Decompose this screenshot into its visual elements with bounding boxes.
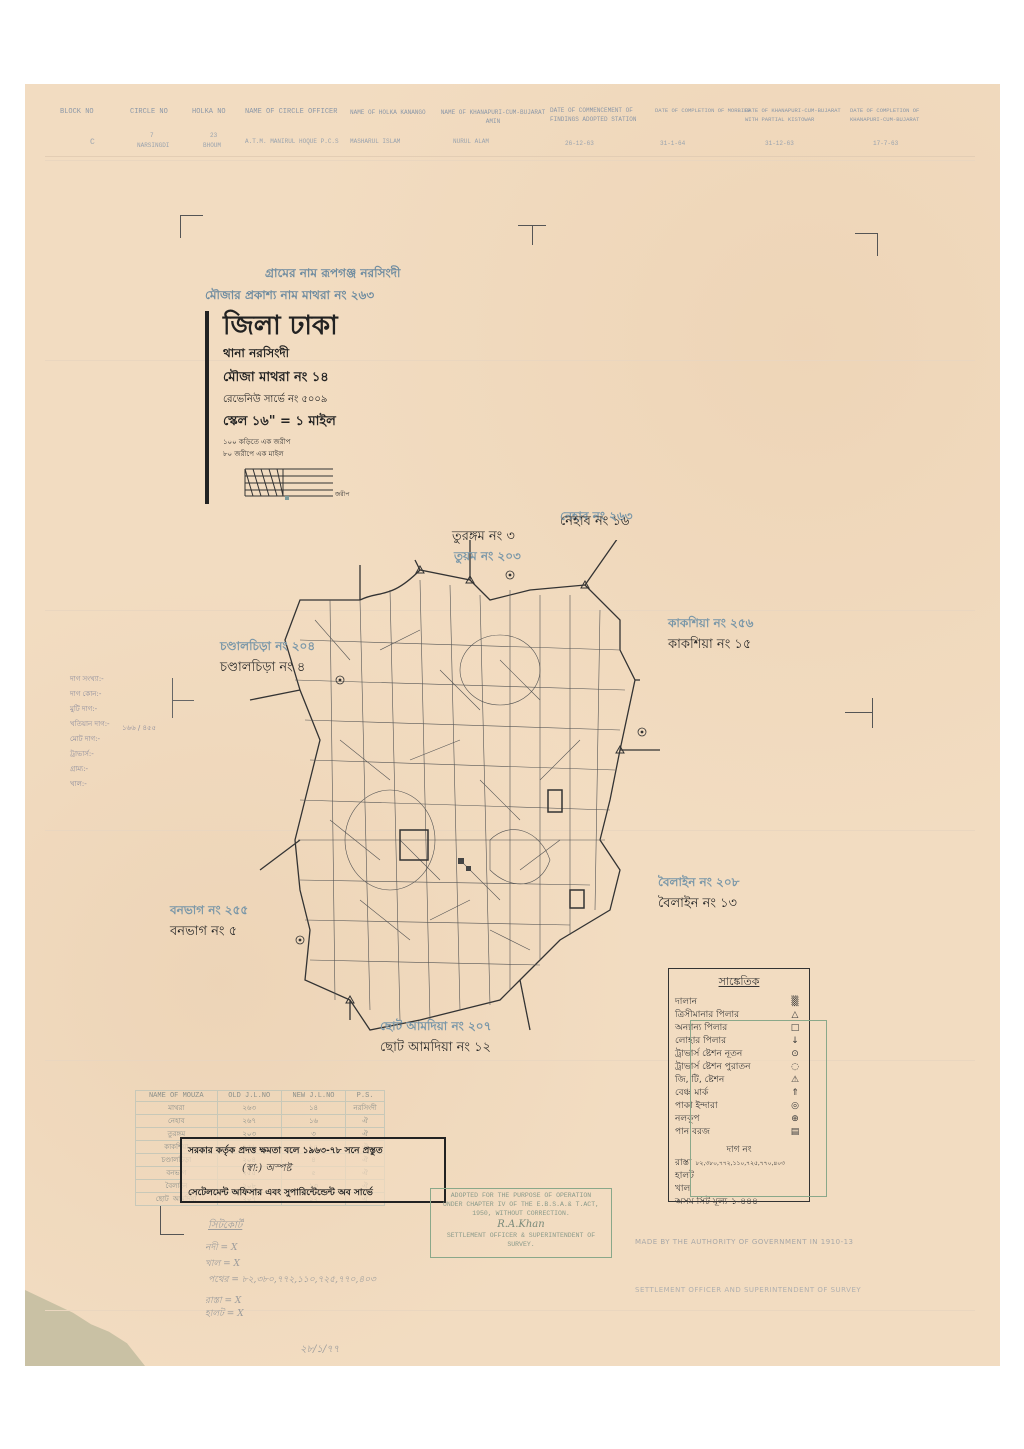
scale-note-2: ৮০ জরীপে এক মাইল [223,448,505,460]
header-circle-no-value: 7 [150,132,154,139]
rule-line [45,360,975,361]
col-header: NEW J.L.NO [281,1091,345,1102]
boundary-label-east: কাকশিয়া নং ২৫৬ কাকশিয়া নং ১৫ [668,615,753,656]
adopted-line: ADOPTED FOR THE PURPOSE OF OPERATION [431,1191,611,1200]
table-row: মাথরা২৬৩১৪নরসিংদী [136,1102,385,1115]
boundary-label-north-east: নেহাব নং ২৬৩ নেহাব নং ১৬ [560,508,633,533]
corner-mark-top-left [180,215,203,238]
pencil-note: খাল = X [205,1256,240,1271]
header-kistowar-value: 31-12-63 [765,140,794,147]
pencil-signature-date: ২৮/১/৭৭ [300,1342,339,1359]
adopted-line: SURVEY. [431,1240,611,1249]
side-note: ট্রাভার্স:- [70,747,110,762]
mouza-label: মৌজা মাথরা নং ১৪ [223,368,505,389]
header-holka-no-value: 23 [210,132,217,139]
corner-mark-bottom-left-h [160,1234,184,1235]
adopted-line: SETTLEMENT OFFICER & SUPERINTENDENT OF [431,1231,611,1240]
side-fraction: ১৬৬ / ৪৫৫ [122,722,156,734]
north-arrow-line [172,678,173,718]
side-note: মোট দাগ:- [70,732,110,747]
pencil-heading: সিটকোর্ট [208,1218,242,1235]
header-circle-officer-label: NAME OF CIRCLE OFFICER [245,108,337,117]
header-block-no-label: BLOCK NO [60,108,94,117]
adopted-signature: R.A.Khan [431,1218,611,1231]
col-header: OLD J.L.NO [217,1091,281,1102]
header-holka-no-label: HOLKA NO [192,108,226,117]
col-header: P.S. [346,1091,385,1102]
boundary-label-north-west: তুরঙ্গম নং ৩ তুয়ম নং ২০৩ [452,527,521,568]
header-circle-no-label: CIRCLE No [130,108,168,117]
scale-bar-unit: জরীপ [335,489,349,500]
gov-stamp-signature: (স্বা:) অস্পষ্ট [242,1161,291,1178]
settlement-officer-footer: SETTLEMENT OFFICER AND SUPERINTENDENT OF… [635,1286,861,1294]
rule-line [45,160,975,161]
adopted-line: 1950, WITHOUT CORRECTION. [431,1209,611,1218]
boundary-label-south: ছোট আমদিয়া নং ২০৭ ছোট আমদিয়া নং ১২ [380,1018,491,1059]
mouza-name-old: মৌজার প্রকাশ্য নাম মাথরা নং ২৬৩ [205,287,505,307]
tick-mark-right [845,712,873,713]
legend-item: দালান▒ [669,996,809,1009]
side-note: মুটি দাগ:- [70,702,110,717]
side-note: গ্রাম্য:- [70,762,110,777]
gov-stamp-line3: সেটেলমেন্ট অফিসার এবং সুপারিন্টেন্ডেন্ট … [188,1185,373,1200]
header-kanango-value: MASHARUL ISLAM [350,138,400,145]
scale-label: স্কেল ১৬" = ১ মাইল [223,412,505,433]
diagonal-scale-bar [223,466,333,500]
mouza-map [240,540,660,1060]
corner-mark-bottom-left [160,1206,161,1234]
district-title: জিলা ঢাকা [223,311,505,341]
tick-mark-top-vert [532,225,533,245]
scale-note-1: ১০০ কড়িতে এক জরীপ [223,436,505,448]
title-block: গ্রামের নাম রূপগঞ্জ নরসিংদী মৌজার প্রকাশ… [205,265,505,504]
pencil-note: পথের = ৮২,৩৮০,৭৭২,১১০,৭২৫,৭৭০,৪০৩ [208,1272,376,1287]
side-note: দাগ সংখ্যা:- [70,672,110,687]
header-amin-label: NAME OF KHANAPURI-CUM-BUJARAT AMIN [438,108,548,126]
side-note: খাল:- [70,777,110,792]
header-holka-sub: BHOUM [203,142,221,149]
side-note: দাগ কোন:- [70,687,110,702]
adopted-stamp: ADOPTED FOR THE PURPOSE OF OPERATION UND… [430,1188,612,1258]
header-block-no-value: C [90,138,95,147]
header-morbier-value: 31-1-64 [660,140,685,147]
government-stamp: সরকার কর্তৃক প্রদত্ত ক্ষমতা বলে ১৯৬৩-৭৮ … [180,1137,446,1203]
header-kanango-label: NAME OF HOLKA KANANGO [350,108,426,117]
table-row: নেহাব২৬৭১৬ঐ [136,1115,385,1128]
rule-line [45,1310,975,1311]
boundary-label-west: চণ্ডালচিড়া নং ২০৪ চণ্ডালচিড়া নং ৪ [220,638,315,679]
corner-mark-top-right [855,233,878,256]
header-completion-label: DATE OF COMPLETION OF KHANAPURI-CUM-BUJA… [850,106,950,124]
col-header: NAME OF MOUZA [136,1091,218,1102]
header-completion-value: 17-7-63 [873,140,898,147]
village-name-old: গ্রামের নাম রূপগঞ্জ নরসিংদী [265,265,505,285]
header-circle-sub: NARSINGDI [137,142,169,149]
gov-stamp-line1: সরকার কর্তৃক প্রদত্ত ক্ষমতা বলে ১৯৬৩-৭৮ … [188,1143,383,1158]
made-by-authority: MADE BY THE AUTHORITY OF GOVERNMENT IN 1… [635,1238,854,1246]
header-amin-value: NURUL ALAM [453,138,489,145]
pencil-note: হালট = X [205,1306,244,1321]
rule-line [45,1060,975,1061]
pencil-note: নদী = X [205,1240,237,1255]
legend-title: সাঙ্কেতিক [669,973,809,992]
side-notes: দাগ সংখ্যা:- দাগ কোন:- মুটি দাগ:- খতিয়া… [70,672,110,792]
header-commencement-value: 26-12-63 [565,140,594,147]
side-note: খতিয়ান দাগ:- [70,717,110,732]
boundary-label-south-east: বৈলাইন নং ২০৮ বৈলাইন নং ১৩ [658,874,739,915]
thana-label: থানা নরসিংদী [223,345,505,365]
adopted-line: UNDER CHAPTER IV OF THE E.B.S.A.& T.ACT, [431,1200,611,1209]
boundary-label-south-west: বনভাগ নং ২৫৫ বনভাগ নং ৫ [170,902,248,943]
tick-mark-right-vert [872,698,873,728]
header-circle-officer-value: A.T.M. MANIRUL HOQUE P.C.S [245,138,339,145]
header-table: BLOCK NO C CIRCLE No 7 NARSINGDI HOLKA N… [45,100,975,157]
north-arrow-base [172,700,194,701]
building-icon: ▒ [787,996,803,1009]
header-kistowar-label: DATE OF KHANAPURI-CUM-BUJARAT WITH PARTI… [745,106,845,124]
overlay-stamp-outline [690,1020,827,1197]
revenue-survey-label: রেভেনিউ সার্ভে নং ৫০০৯ [223,392,505,409]
dag-row: অসম সিট মূল্য১-৪৪৪ [669,1196,809,1209]
header-commencement-label: DATE OF COMMENCEMENT OF FINDINGS ADOPTED… [550,106,650,124]
